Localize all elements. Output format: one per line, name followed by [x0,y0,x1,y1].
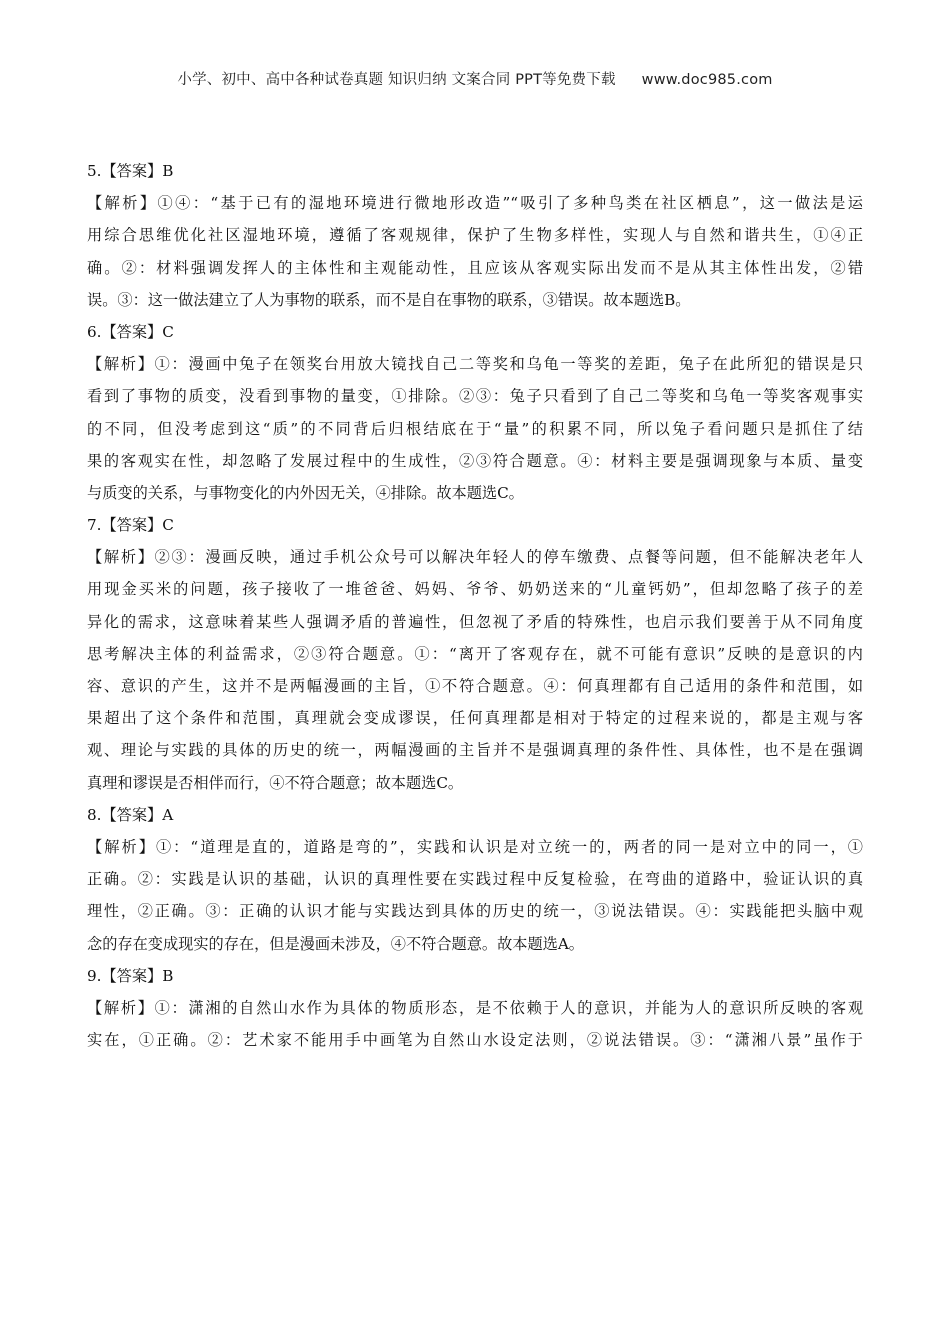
analysis-line: 思考解决主体的利益需求，②③符合题意。①：“离开了客观存在，就不可能有意识”反映… [87,638,863,670]
analysis-line: 容、意识的产生，这并不是两幅漫画的主旨，①不符合题意。④：何真理都有自己适用的条… [87,670,863,702]
analysis-line: 【解析】①④：“基于已有的湿地环境进行微地形改造”“吸引了多种鸟类在社区栖息”，… [87,187,863,219]
analysis-line: 理性，②正确。③：正确的认识才能与实践达到具体的历史的统一，③说法错误。④：实践… [87,895,863,927]
answer-heading: 8.【答案】A [87,799,863,831]
answer-heading: 5.【答案】B [87,155,863,187]
analysis-line: 实在，①正确。②：艺术家不能用手中画笔为自然山水设定法则，②说法错误。③：“潇湘… [87,1024,863,1056]
answer-heading: 6.【答案】C [87,316,863,348]
analysis-line: 【解析】①：漫画中兔子在领奖台用放大镜找自己二等奖和乌龟一等奖的差距，兔子在此所… [87,348,863,380]
analysis-line: 果超出了这个条件和范围，真理就会变成谬误，任何真理都是相对于特定的过程来说的，都… [87,702,863,734]
analysis-line: 的不同，但没考虑到这“质”的不同背后归根结底在于“量”的积累不同，所以兔子看问题… [87,413,863,445]
analysis-line: 误。③：这一做法建立了人为事物的联系，而不是自在事物的联系，③错误。故本题选B。 [87,284,863,316]
header-text: 小学、初中、高中各种试卷真题 知识归纳 文案合同 PPT等免费下载 [177,72,615,88]
analysis-line: 用现金买米的问题，孩子接收了一堆爸爸、妈妈、爷爷、奶奶送来的“儿童钙奶”，但却忽… [87,573,863,605]
answer-heading: 7.【答案】C [87,509,863,541]
analysis-line: 用综合思维优化社区湿地环境，遵循了客观规律，保护了生物多样性，实现人与自然和谐共… [87,219,863,251]
analysis-line: 异化的需求，这意味着某些人强调矛盾的普遍性，但忽视了矛盾的特殊性，也启示我们要善… [87,606,863,638]
page-header: 小学、初中、高中各种试卷真题 知识归纳 文案合同 PPT等免费下载www.doc… [0,68,950,89]
analysis-line: 正确。②：实践是认识的基础，认识的真理性要在实践过程中反复检验，在弯曲的道路中，… [87,863,863,895]
analysis-line: 确。②：材料强调发挥人的主体性和主观能动性，且应该从客观实际出发而不是从其主体性… [87,252,863,284]
analysis-line: 看到了事物的质变，没看到事物的量变，①排除。②③：兔子只看到了自己二等奖和乌龟一… [87,380,863,412]
analysis-line: 【解析】①：“道理是直的，道路是弯的”，实践和认识是对立统一的，两者的同一是对立… [87,831,863,863]
header-url: www.doc985.com [642,72,773,88]
analysis-line: 观、理论与实践的具体的历史的统一，两幅漫画的主旨并不是强调真理的条件性、具体性，… [87,734,863,766]
analysis-line: 【解析】②③：漫画反映，通过手机公众号可以解决年轻人的停车缴费、点餐等问题，但不… [87,541,863,573]
analysis-line: 真理和谬误是否相伴而行，④不符合题意；故本题选C。 [87,767,863,799]
answer-analysis-content: 5.【答案】B 【解析】①④：“基于已有的湿地环境进行微地形改造”“吸引了多种鸟… [87,155,863,1056]
analysis-line: 念的存在变成现实的存在，但是漫画未涉及，④不符合题意。故本题选A。 [87,928,863,960]
analysis-line: 【解析】①：潇湘的自然山水作为具体的物质形态，是不依赖于人的意识，并能为人的意识… [87,992,863,1024]
answer-heading: 9.【答案】B [87,960,863,992]
analysis-line: 与质变的关系，与事物变化的内外因无关，④排除。故本题选C。 [87,477,863,509]
analysis-line: 果的客观实在性，却忽略了发展过程中的生成性，②③符合题意。④：材料主要是强调现象… [87,445,863,477]
